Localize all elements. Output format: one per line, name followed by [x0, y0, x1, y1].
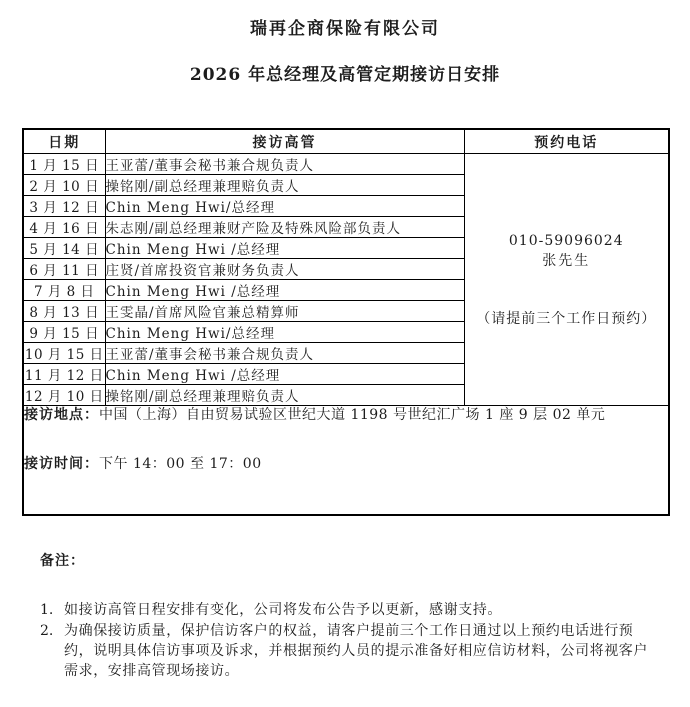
remark-text: 如接访高管日程安排有变化，公司将发布公告予以更新，感谢支持。	[64, 600, 655, 620]
visit-info-cell: 接访地点：中国（上海）自由贸易试验区世纪大道 1198 号世纪汇广场 1 座 9…	[23, 406, 669, 516]
visit-time-value: 下午 14：00 至 17：00	[99, 456, 262, 472]
remark-number: 1.	[40, 600, 64, 620]
executive-cell: Chin Meng Hwi /总经理	[105, 280, 464, 301]
column-header-executive: 接访高管	[105, 129, 464, 154]
visit-time-label: 接访时间：	[24, 456, 99, 472]
date-cell: 11 月 12 日	[23, 364, 105, 385]
date-cell: 12 月 10 日	[23, 385, 105, 406]
remark-number: 2.	[40, 621, 64, 681]
executive-cell: 王亚蕾/董事会秘书兼合规负责人	[105, 154, 464, 175]
remarks-list: 1. 如接访高管日程安排有变化，公司将发布公告予以更新，感谢支持。 2. 为确保…	[40, 600, 655, 681]
date-cell: 3 月 12 日	[23, 196, 105, 217]
executive-cell: Chin Meng Hwi/总经理	[105, 322, 464, 343]
executive-cell: Chin Meng Hwi/总经理	[105, 196, 464, 217]
date-cell: 10 月 15 日	[23, 343, 105, 364]
visit-location-label: 接访地点：	[24, 407, 99, 423]
visit-time-line: 接访时间：下午 14：00 至 17：00	[24, 455, 668, 474]
remark-item: 1. 如接访高管日程安排有变化，公司将发布公告予以更新，感谢支持。	[40, 600, 655, 620]
date-cell: 2 月 10 日	[23, 175, 105, 196]
executive-cell: Chin Meng Hwi /总经理	[105, 238, 464, 259]
executive-cell: 操铭刚/副总经理兼理赔负责人	[105, 385, 464, 406]
page-title: 瑞再企商保险有限公司	[0, 14, 690, 39]
date-cell: 4 月 16 日	[23, 217, 105, 238]
executive-cell: 庄贤/首席投资官兼财务负责人	[105, 259, 464, 280]
table-header-row: 日期 接访高管 预约电话	[23, 129, 669, 154]
column-header-phone: 预约电话	[464, 129, 669, 154]
executive-cell: Chin Meng Hwi /总经理	[105, 364, 464, 385]
phone-cell-content: 010-59096024 张先生 （请提前三个工作日预约）	[465, 231, 669, 329]
executive-cell: 王雯晶/首席风险官兼总精算师	[105, 301, 464, 322]
column-header-date: 日期	[23, 129, 105, 154]
schedule-table: 日期 接访高管 预约电话 1 月 15 日 王亚蕾/董事会秘书兼合规负责人 01…	[22, 128, 670, 516]
date-cell: 5 月 14 日	[23, 238, 105, 259]
date-cell: 8 月 13 日	[23, 301, 105, 322]
phone-number: 010-59096024	[509, 231, 624, 251]
executive-cell: 朱志刚/副总经理兼财产险及特殊风险部负责人	[105, 217, 464, 238]
table-footer-row: 接访地点：中国（上海）自由贸易试验区世纪大道 1198 号世纪汇广场 1 座 9…	[23, 406, 669, 516]
date-cell: 7 月 8 日	[23, 280, 105, 301]
date-cell: 1 月 15 日	[23, 154, 105, 175]
date-cell: 9 月 15 日	[23, 322, 105, 343]
date-cell: 6 月 11 日	[23, 259, 105, 280]
remark-item: 2. 为确保接访质量，保护信访客户的权益，请客户提前三个工作日通过以上预约电话进…	[40, 621, 655, 681]
executive-cell: 操铭刚/副总经理兼理赔负责人	[105, 175, 464, 196]
page-subtitle: 2026 年总经理及高管定期接访日安排	[0, 60, 690, 85]
phone-contact-name: 张先生	[542, 251, 590, 271]
document-page: 瑞再企商保险有限公司 2026 年总经理及高管定期接访日安排 日期 接访高管 预…	[0, 0, 690, 707]
phone-booking-note: （请提前三个工作日预约）	[476, 309, 656, 329]
executive-cell: 王亚蕾/董事会秘书兼合规负责人	[105, 343, 464, 364]
visit-location-line: 接访地点：中国（上海）自由贸易试验区世纪大道 1198 号世纪汇广场 1 座 9…	[24, 406, 668, 425]
remarks-section: 备注： 1. 如接访高管日程安排有变化，公司将发布公告予以更新，感谢支持。 2.…	[40, 550, 655, 682]
phone-cell: 010-59096024 张先生 （请提前三个工作日预约）	[464, 154, 669, 406]
table-row: 1 月 15 日 王亚蕾/董事会秘书兼合规负责人 010-59096024 张先…	[23, 154, 669, 175]
remarks-heading: 备注：	[40, 550, 655, 570]
visit-location-value: 中国（上海）自由贸易试验区世纪大道 1198 号世纪汇广场 1 座 9 层 02…	[99, 407, 605, 423]
remark-text: 为确保接访质量，保护信访客户的权益，请客户提前三个工作日通过以上预约电话进行预约…	[64, 621, 655, 681]
